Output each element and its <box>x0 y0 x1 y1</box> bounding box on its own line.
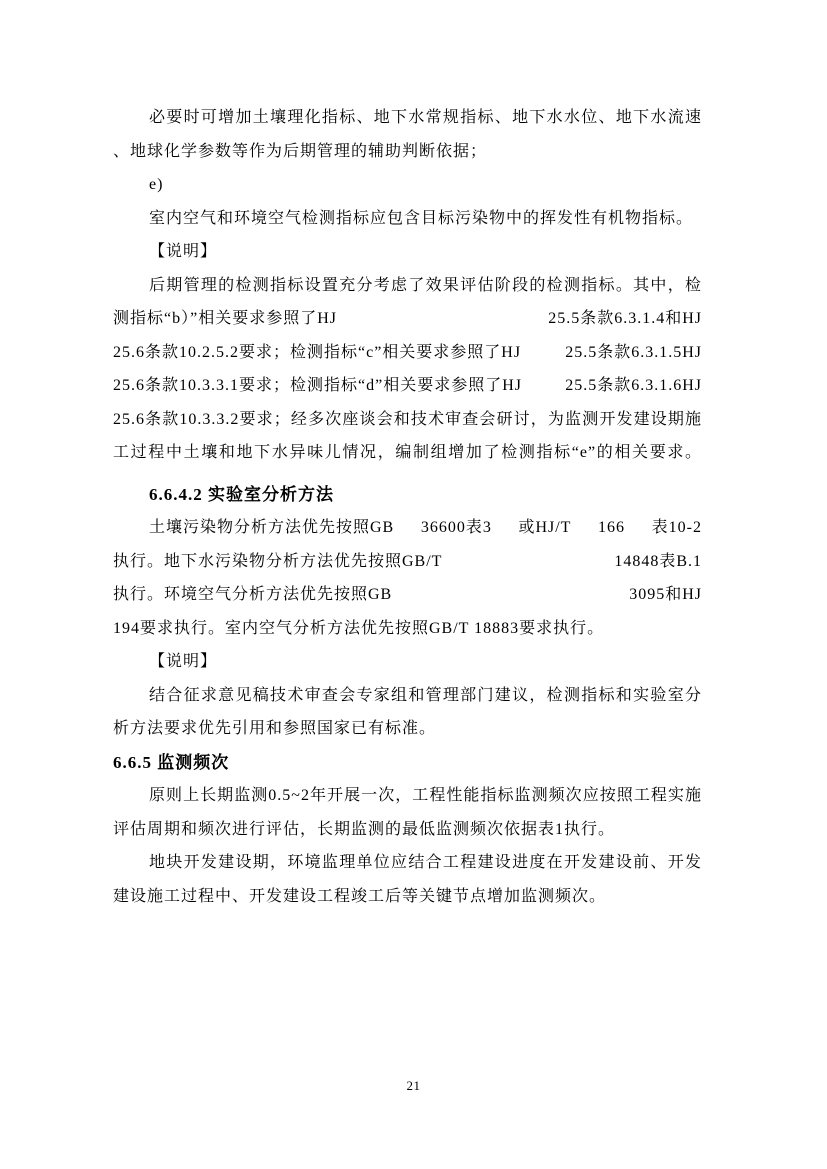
paragraph: 【说明】 <box>113 645 702 679</box>
document-body: 必要时可增加土壤理化指标、地下水常规指标、地下水水位、地下水流速、地球化学参数等… <box>113 101 702 913</box>
paragraph: e) <box>113 168 702 202</box>
text-line: 必要时可增加土壤理化指标、地下水常规指标、地下水水位、地下水流速 <box>113 101 702 135</box>
text-line: 建设施工过程中、开发建设工程竣工后等关键节点增加监测频次。 <box>113 880 702 914</box>
text-line: 测指标“b）”相关要求参照了HJ25.5条款6.3.1.4和HJ <box>113 302 702 336</box>
line-segment: 表10-2 <box>652 511 702 545</box>
paragraph: 【说明】 <box>113 235 702 269</box>
text-line: 土壤污染物分析方法优先按照GB36600表3或HJ/T166表10-2 <box>113 511 702 545</box>
paragraph: 原则上长期监测0.5~2年开展一次，工程性能指标监测频次应按照工程实施评估周期和… <box>113 779 702 846</box>
text-line: 地块开发建设期，环境监理单位应结合工程建设进度在开发建设前、开发 <box>113 846 702 880</box>
line-segment: 25.6条款10.2.5.2要求；检测指标“c”相关要求参照了HJ <box>113 336 521 370</box>
text-line: 6.6.5 监测频次 <box>113 746 702 780</box>
text-line: 执行。地下水污染物分析方法优先按照GB/T14848表B.1 <box>113 545 702 579</box>
line-segment: 25.6条款10.3.3.1要求；检测指标“d”相关要求参照了HJ <box>113 369 522 403</box>
line-segment: 25.5条款6.3.1.6HJ <box>565 369 702 403</box>
text-line: 后期管理的检测指标设置充分考虑了效果评估阶段的检测指标。其中，检 <box>113 269 702 303</box>
line-segment: 25.5条款6.3.1.5HJ <box>565 336 702 370</box>
text-line: 执行。环境空气分析方法优先按照GB3095和HJ <box>113 578 702 612</box>
text-line: 25.6条款10.2.5.2要求；检测指标“c”相关要求参照了HJ25.5条款6… <box>113 336 702 370</box>
line-segment: 执行。环境空气分析方法优先按照GB <box>113 578 392 612</box>
text-line: 25.6条款10.3.3.1要求；检测指标“d”相关要求参照了HJ25.5条款6… <box>113 369 702 403</box>
line-segment: 166 <box>598 511 625 545</box>
document-page: 必要时可增加土壤理化指标、地下水常规指标、地下水水位、地下水流速、地球化学参数等… <box>0 0 827 1169</box>
paragraph: 室内空气和环境空气检测指标应包含目标污染物中的挥发性有机物指标。 <box>113 202 702 236</box>
paragraph: 结合征求意见稿技术审查会专家组和管理部门建议，检测指标和实验室分析方法要求优先引… <box>113 679 702 746</box>
line-segment: 测指标“b）”相关要求参照了HJ <box>113 302 337 336</box>
section-heading: 6.6.4.2 实验室分析方法 <box>113 478 702 512</box>
line-segment: 25.5条款6.3.1.4和HJ <box>548 302 702 336</box>
text-line: 析方法要求优先引用和参照国家已有标准。 <box>113 712 702 746</box>
text-line: 室内空气和环境空气检测指标应包含目标污染物中的挥发性有机物指标。 <box>113 202 702 236</box>
line-segment: 执行。地下水污染物分析方法优先按照GB/T <box>113 545 442 579</box>
line-segment: 14848表B.1 <box>614 545 702 579</box>
section-heading: 6.6.5 监测频次 <box>113 746 702 780</box>
text-line: e) <box>113 168 702 202</box>
line-segment: 或HJ/T <box>518 511 571 545</box>
page-footer: 21 <box>0 1078 827 1094</box>
paragraph: 必要时可增加土壤理化指标、地下水常规指标、地下水水位、地下水流速、地球化学参数等… <box>113 101 702 168</box>
line-segment: 36600表3 <box>421 511 492 545</box>
paragraph: 土壤污染物分析方法优先按照GB36600表3或HJ/T166表10-2执行。地下… <box>113 511 702 645</box>
page-number: 21 <box>407 1078 421 1093</box>
text-line: 、地球化学参数等作为后期管理的辅助判断依据； <box>113 135 702 169</box>
text-line: 6.6.4.2 实验室分析方法 <box>113 478 702 512</box>
text-line: 194要求执行。室内空气分析方法优先按照GB/T 18883要求执行。 <box>113 612 702 646</box>
paragraph: 后期管理的检测指标设置充分考虑了效果评估阶段的检测指标。其中，检测指标“b）”相… <box>113 269 702 470</box>
line-segment: 3095和HJ <box>629 578 702 612</box>
text-line: 工过程中土壤和地下水异味儿情况，编制组增加了检测指标“e”的相关要求。 <box>113 436 702 470</box>
paragraph: 地块开发建设期，环境监理单位应结合工程建设进度在开发建设前、开发建设施工过程中、… <box>113 846 702 913</box>
text-line: 【说明】 <box>113 645 702 679</box>
text-line: 结合征求意见稿技术审查会专家组和管理部门建议，检测指标和实验室分 <box>113 679 702 713</box>
text-line: 原则上长期监测0.5~2年开展一次，工程性能指标监测频次应按照工程实施 <box>113 779 702 813</box>
text-line: 25.6条款10.3.3.2要求；经多次座谈会和技术审查会研讨，为监测开发建设期… <box>113 403 702 437</box>
line-segment: 土壤污染物分析方法优先按照GB <box>149 511 394 545</box>
text-line: 【说明】 <box>113 235 702 269</box>
text-line: 评估周期和频次进行评估，长期监测的最低监测频次依据表1执行。 <box>113 813 702 847</box>
